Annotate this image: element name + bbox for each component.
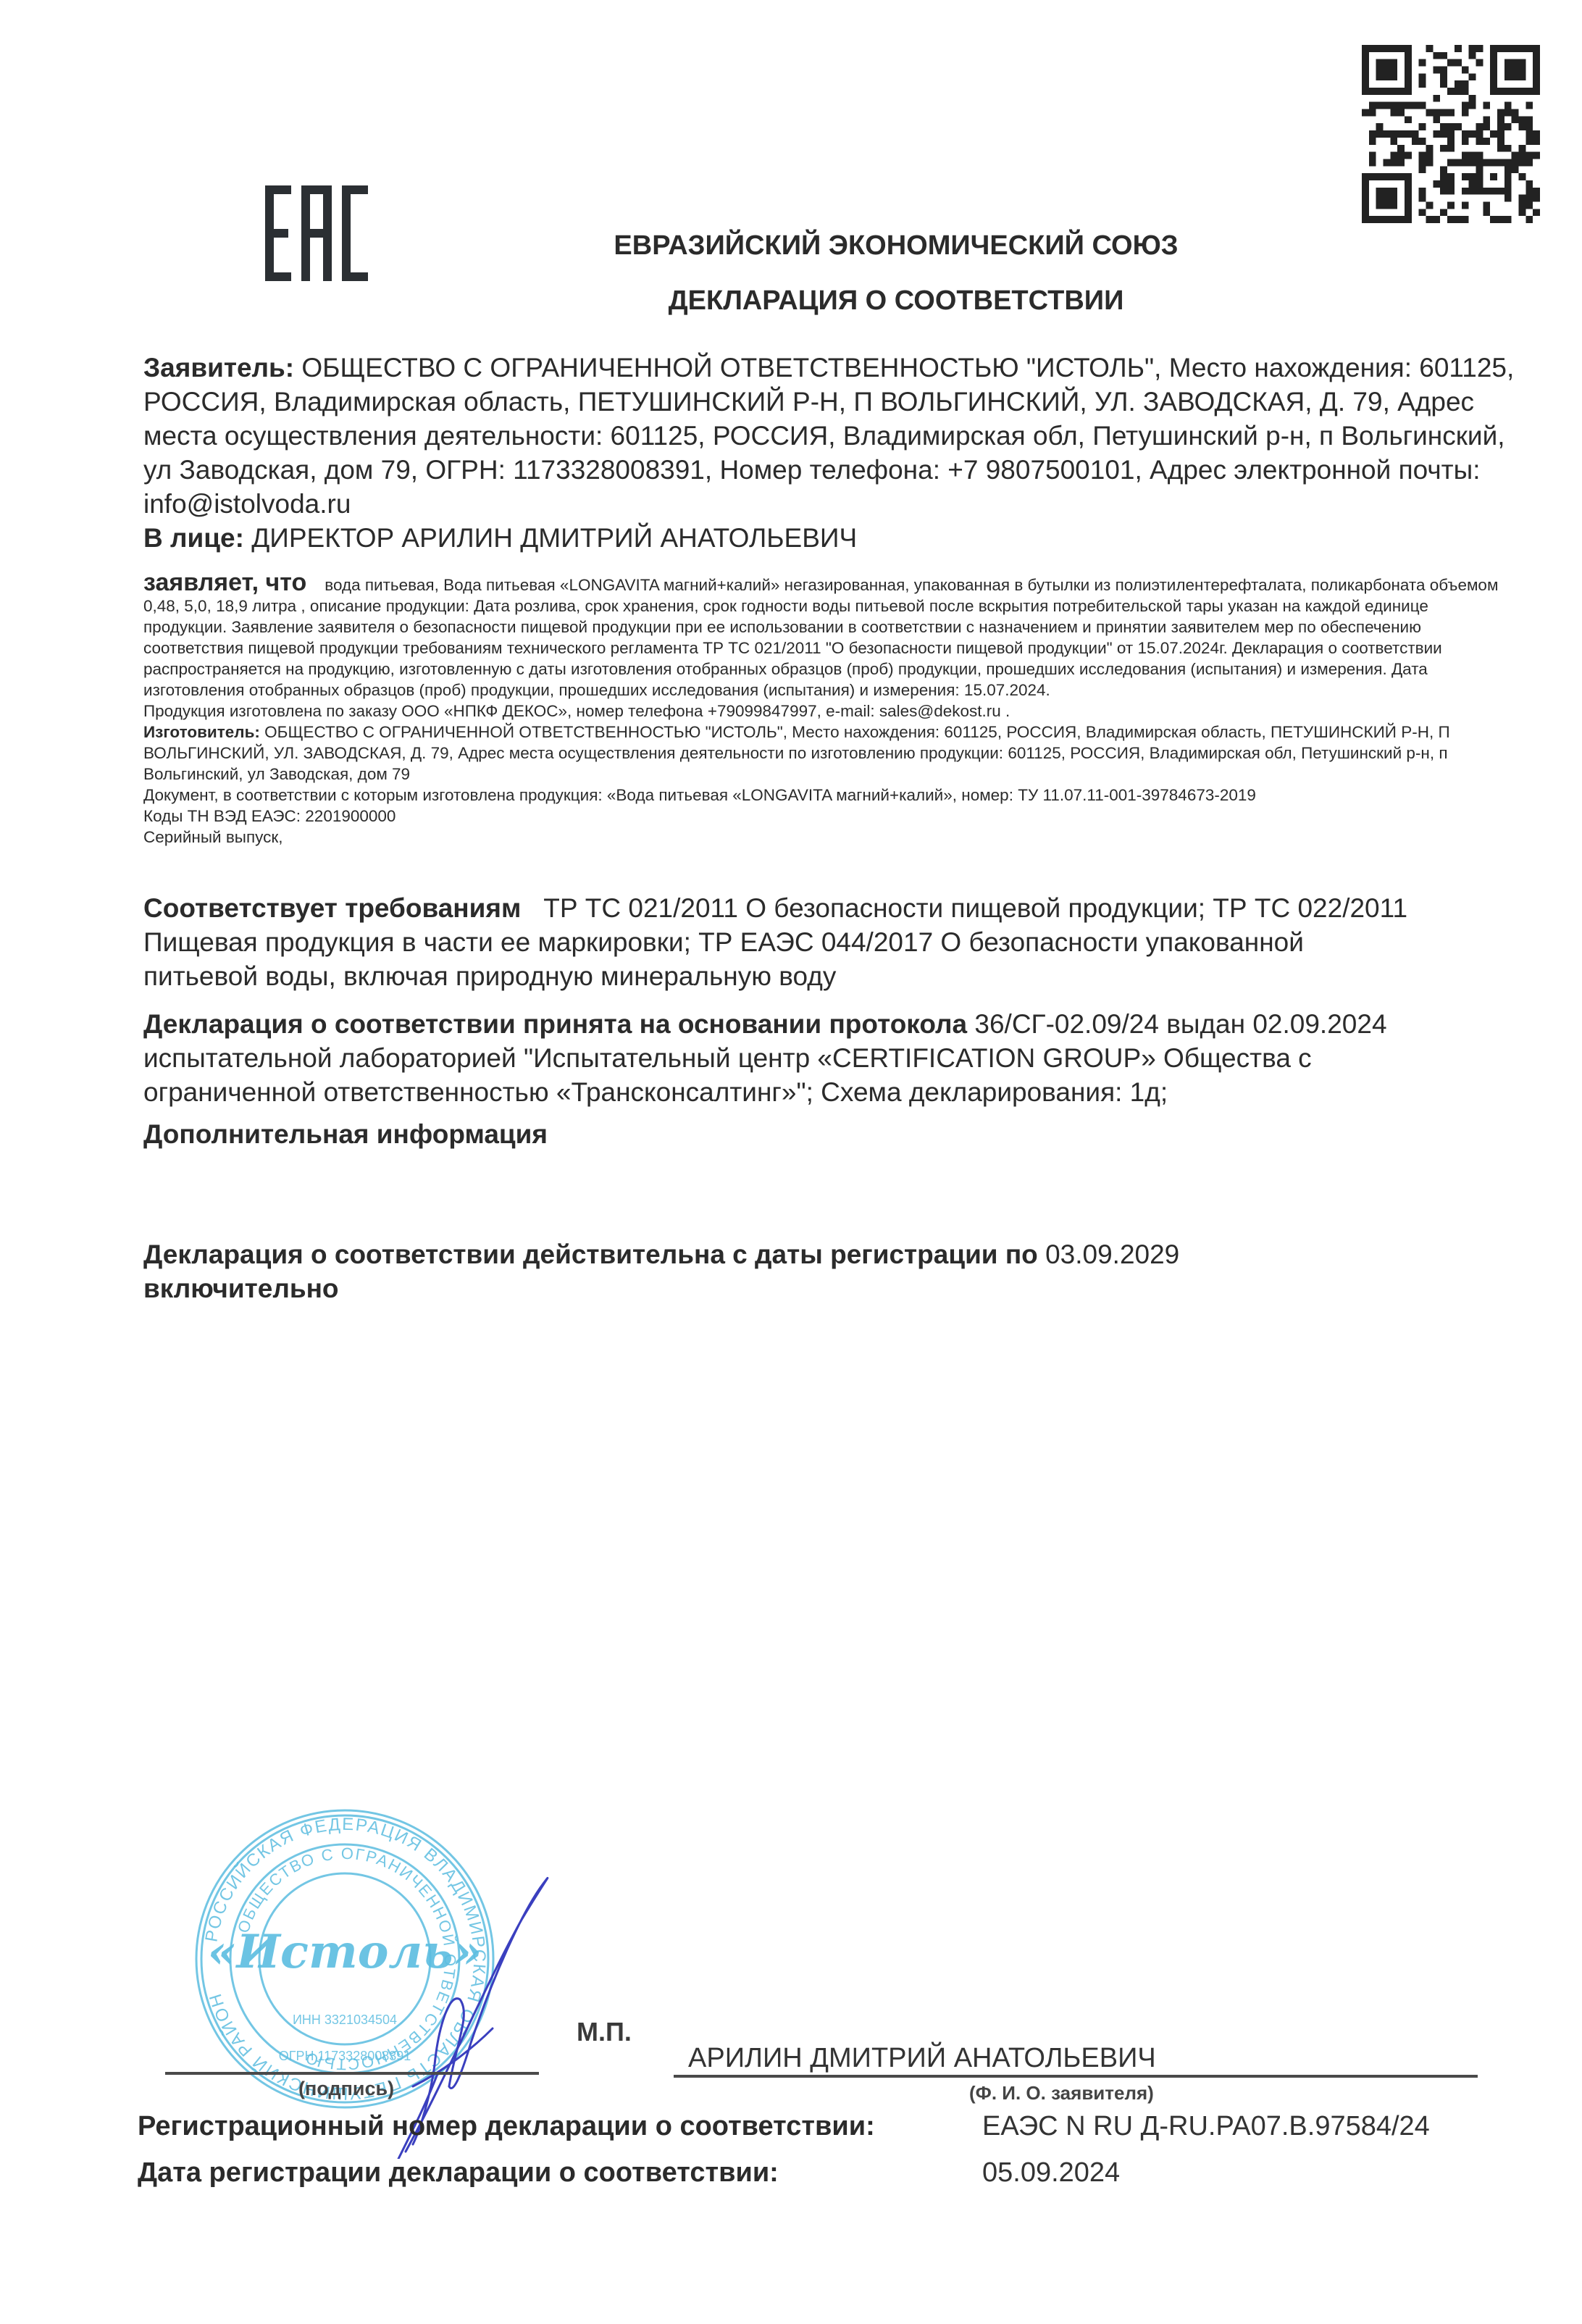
registration-date-label: Дата регистрации декларации о соответств… (138, 2157, 779, 2189)
applicant-label: Заявитель: (143, 353, 294, 383)
basis-section: Декларация о соответствии принята на осн… (143, 1007, 1462, 1109)
order-text: Продукция изготовлена по заказу ООО «НПК… (143, 701, 1505, 722)
registration-number-label: Регистрационный номер декларации о соотв… (138, 2111, 875, 2142)
declares-text: вода питьевая, Вода питьевая «LONGAVITA … (143, 576, 1498, 699)
additional-section: Дополнительная информация (143, 1117, 1520, 1151)
name-caption: (Ф. И. О. заявителя) (969, 2082, 1154, 2104)
basis-label: Декларация о соответствии принята на осн… (143, 1009, 967, 1039)
validity-section: Декларация о соответствии действительна … (143, 1237, 1520, 1305)
qr-code-icon (1362, 43, 1540, 225)
conforms-label: Соответствует требованиям (143, 893, 521, 923)
name-line (674, 2075, 1478, 2078)
signature-line (165, 2072, 539, 2075)
manufacturer-label: Изготовитель: (143, 723, 260, 741)
document-basis-text: Документ, в соответствии с которым изгот… (143, 785, 1505, 806)
declares-section: заявляет, что вода питьевая, Вода питьев… (143, 572, 1505, 848)
validity-label: Декларация о соответствии действительна … (143, 1240, 1038, 1269)
applicant-section: Заявитель: ОБЩЕСТВО С ОГРАНИЧЕННОЙ ОТВЕТ… (143, 351, 1520, 555)
representative-label: В лице: (143, 523, 244, 553)
additional-label: Дополнительная информация (143, 1119, 548, 1149)
applicant-text: ОБЩЕСТВО С ОГРАНИЧЕННОЙ ОТВЕТСТВЕННОСТЬЮ… (143, 353, 1514, 519)
document-title: ДЕКЛАРАЦИЯ О СООТВЕТСТВИИ (0, 285, 1582, 317)
union-title: ЕВРАЗИЙСКИЙ ЭКОНОМИЧЕСКИЙ СОЮЗ (0, 230, 1582, 262)
signature-caption: (подпись) (298, 2078, 394, 2100)
validity-suffix: включительно (143, 1274, 339, 1303)
registration-number: ЕАЭС N RU Д-RU.РА07.В.97584/24 (982, 2111, 1430, 2142)
representative-text: ДИРЕКТОР АРИЛИН ДМИТРИЙ АНАТОЛЬЕВИЧ (251, 523, 857, 553)
applicant-name: АРИЛИН ДМИТРИЙ АНАТОЛЬЕВИЧ (688, 2043, 1156, 2074)
registration-date: 05.09.2024 (982, 2157, 1120, 2189)
serial-text: Серийный выпуск, (143, 827, 1505, 848)
validity-date: 03.09.2029 (1045, 1240, 1179, 1269)
conforms-section: Соответствует требованиям ТР ТС 021/2011… (143, 891, 1418, 993)
seal-place-label: М.П. (577, 2017, 632, 2047)
codes-text: Коды ТН ВЭД ЕАЭС: 2201900000 (143, 806, 1505, 827)
manufacturer-text: ОБЩЕСТВО С ОГРАНИЧЕННОЙ ОТВЕТСТВЕННОСТЬЮ… (143, 723, 1450, 783)
declares-label: заявляет, что (143, 569, 306, 596)
